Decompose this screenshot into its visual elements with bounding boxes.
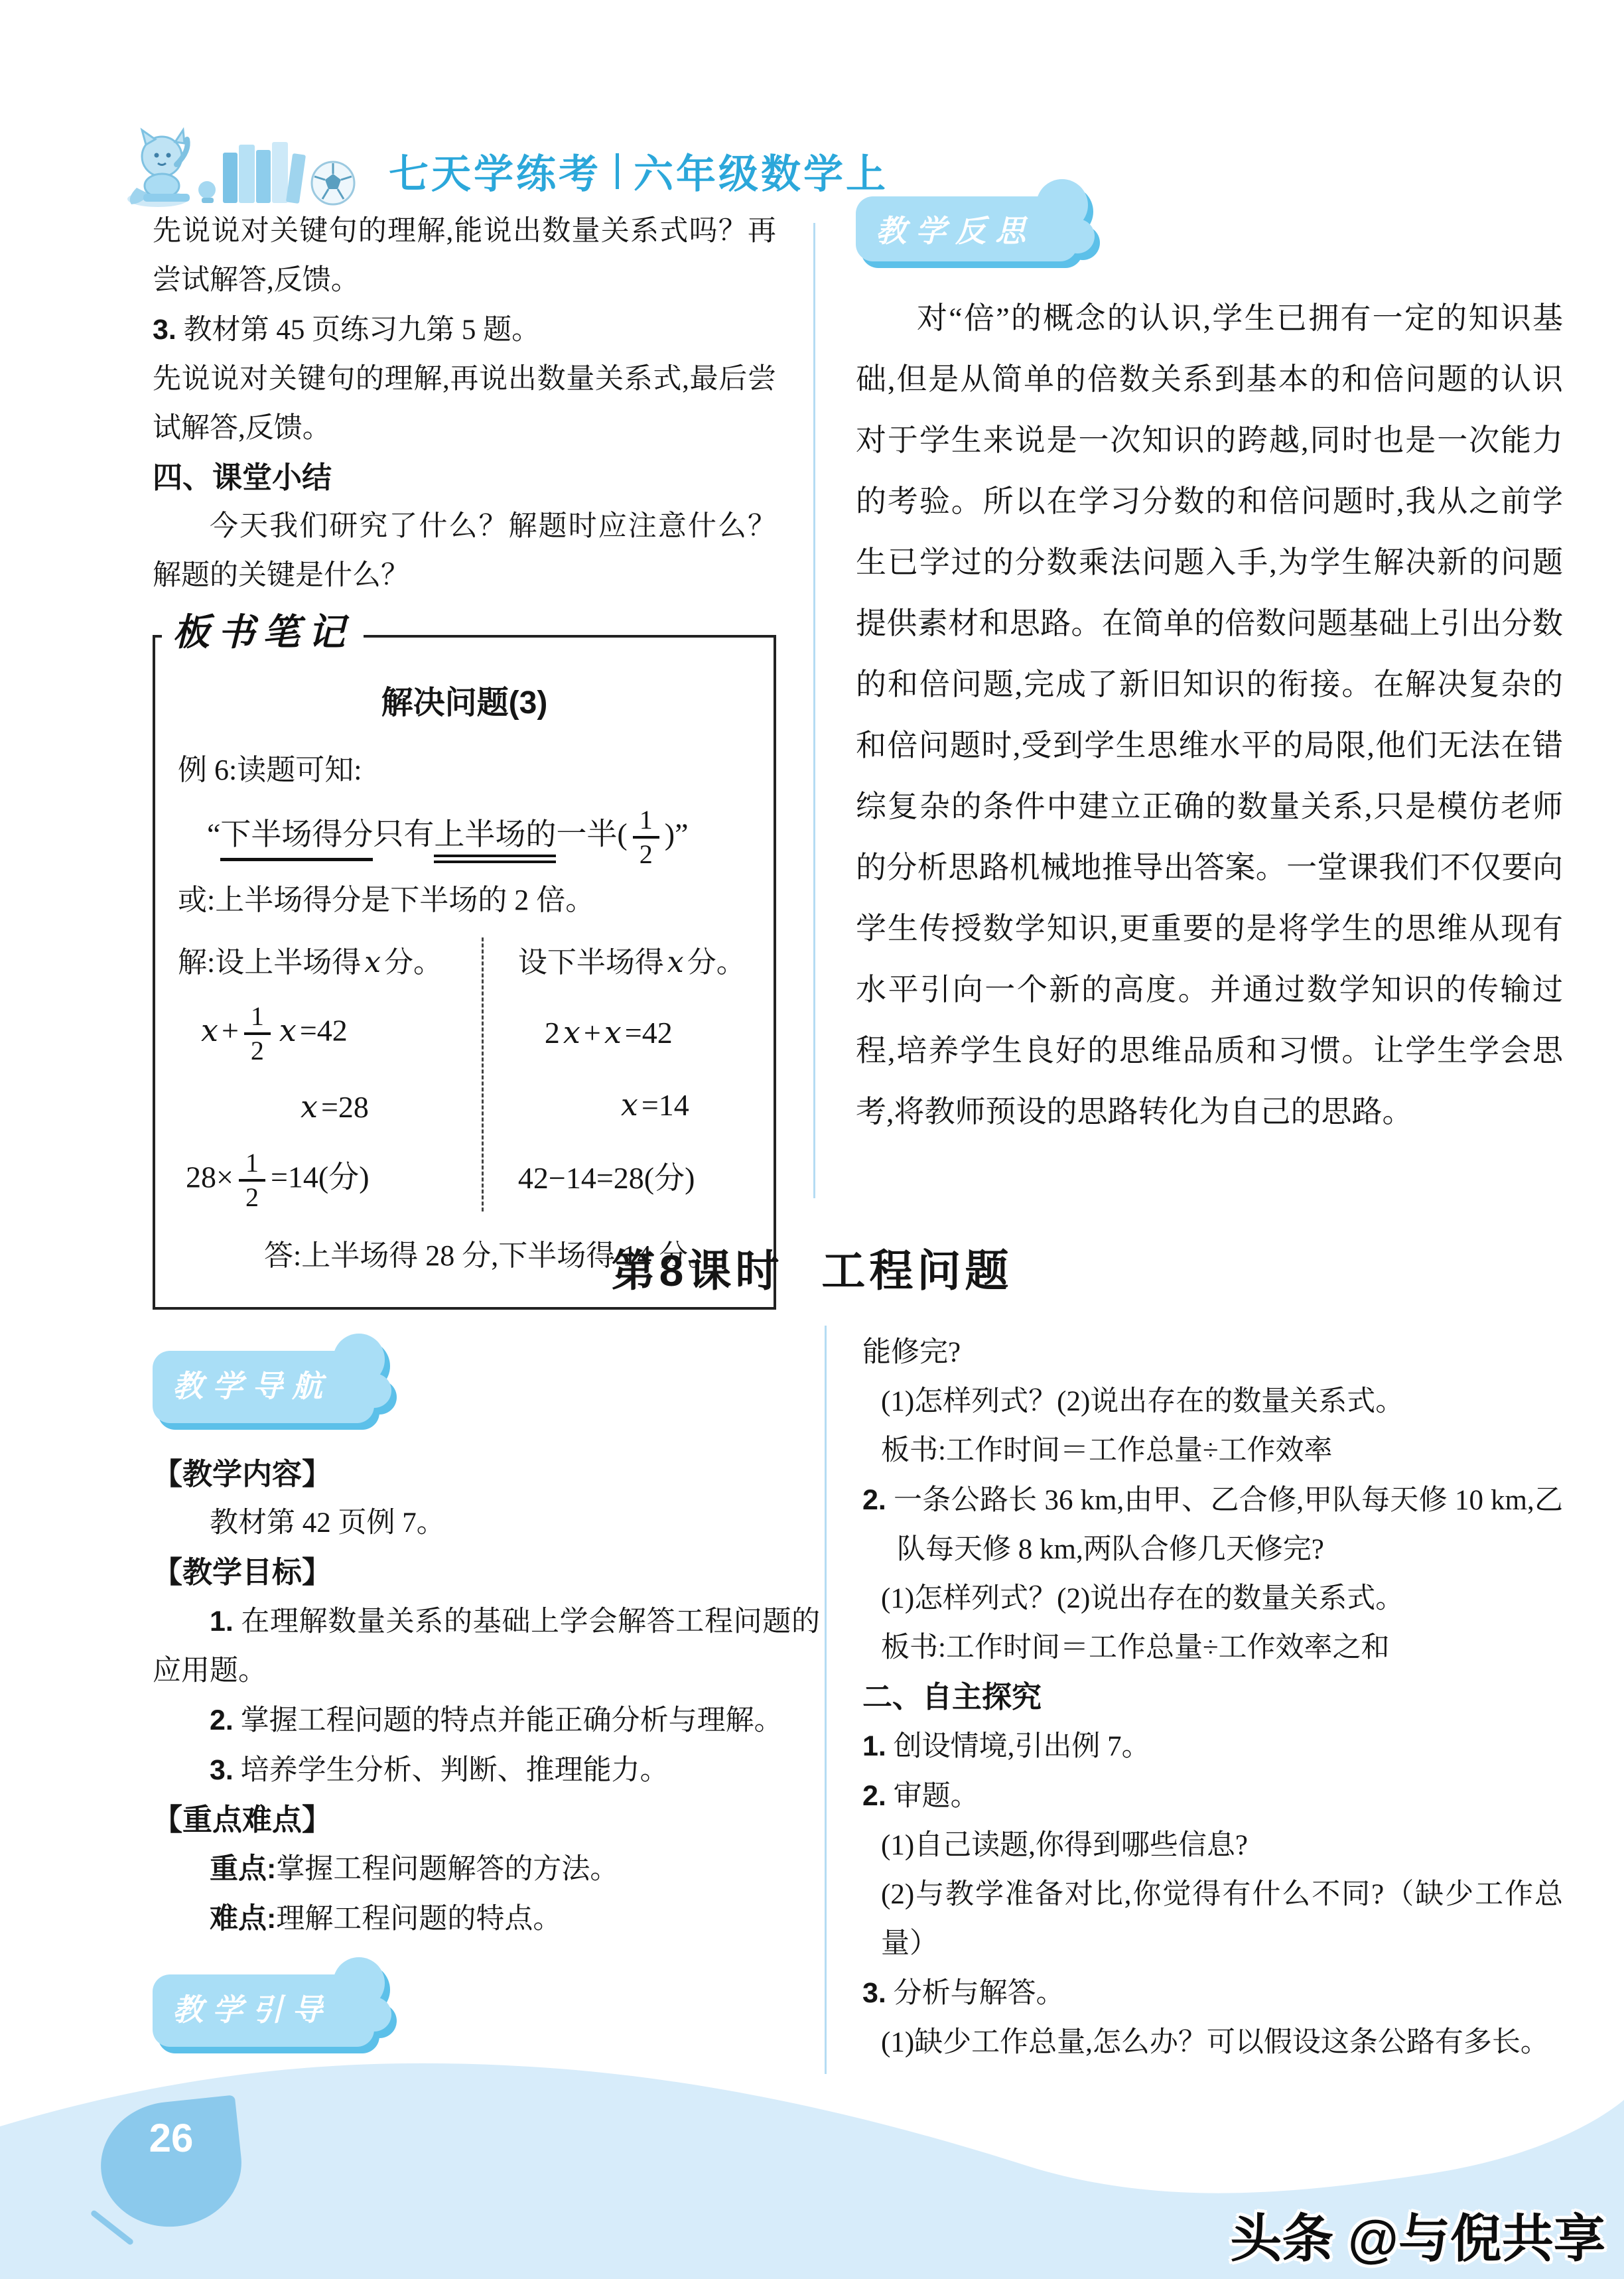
fraction-one-half: 12 (244, 1002, 271, 1065)
goal-item: 3. 培养学生分析、判断、推理能力。 (153, 1746, 820, 1795)
column-divider-top (813, 223, 815, 1198)
heading-self-explore: 二、自主探究 (862, 1673, 1563, 1722)
board-note-box: 板书笔记 解决问题(3) 例 6:读题可知: “下半场得分只有上半场的一半(12… (153, 635, 776, 1310)
explore-item: 2. 审题。 (862, 1771, 1563, 1821)
fraction-one-half: 12 (239, 1149, 265, 1211)
sub-question: (1)怎样列式？(2)说出存在的数量关系式。 (862, 1574, 1563, 1623)
explore-sub-item: (2)与教学准备对比,你觉得有什么不同?（缺少工作总量） (862, 1870, 1563, 1968)
item-number: 3. (153, 314, 176, 346)
review-question-2: 2. 一条公路长 36 km,由甲、乙合修,甲队每天修 10 km,乙队每天修 … (862, 1476, 1563, 1574)
quote-open: “ (207, 817, 220, 851)
board-note-label: 板书笔记 (162, 608, 364, 657)
heading-key-points: 【重点难点】 (153, 1795, 820, 1844)
content-text: 教材第 42 页例 7。 (153, 1499, 820, 1548)
fraction-one-half: 12 (633, 806, 659, 868)
textbook-page: 七天学练考 六年级数学上 先说说对关键句的理解,能说出数量关系式吗？再尝试解答,… (0, 0, 1624, 2279)
brand-divider (616, 153, 619, 189)
top-right-column: 教学反思 对“倍”的概念的认识,学生已拥有一定的知识基础,但是从简单的倍数关系到… (856, 196, 1563, 1173)
equation-right-3: 42−14=28(分) (518, 1154, 751, 1203)
lesson-number: 第8课时 (612, 1246, 783, 1295)
math-var-x: x (664, 945, 687, 979)
heading-goals: 【教学目标】 (153, 1548, 820, 1597)
paragraph-summary: 今天我们研究了什么？解题时应注意什么？解题的关键是什么？ (153, 502, 776, 600)
quote-underlined-2: 上半场的 (434, 817, 556, 863)
solution-right: 设下半场得x分。 2x+x=42 x=14 42−14=28(分) (482, 937, 751, 1211)
explore-sub-item: (1)自己读题,你得到哪些信息? (862, 1821, 1563, 1870)
heading-class-summary: 四、课堂小结 (153, 453, 776, 502)
goal-item: 2. 掌握工程问题的特点并能正确分析与理解。 (153, 1696, 820, 1746)
board-formula: 板书:工作时间＝工作总量÷工作效率 (862, 1426, 1563, 1476)
soccer-ball-icon (312, 162, 354, 204)
brand-name: 七天学练考 (389, 143, 601, 200)
key-point: 重点:掌握工程问题解答的方法。 (153, 1844, 820, 1894)
books-icon (223, 142, 306, 204)
mascot-icon (127, 130, 216, 207)
equation-right-2: x=14 (618, 1080, 751, 1130)
explore-item: 1. 创设情境,引出例 7。 (862, 1722, 1563, 1771)
page-number-leaf: 26 (101, 2102, 241, 2227)
equation-left-3: 28×12=14(分) (186, 1149, 470, 1211)
board-title: 解决问题(3) (178, 679, 751, 728)
top-left-column: 先说说对关键句的理解,能说出数量关系式吗？再尝试解答,反馈。 3. 教材第 45… (153, 207, 776, 1310)
solution-columns: 解:设上半场得x分。 x+12x=42 x=28 28×12=14(分) 设下半… (178, 937, 751, 1211)
setup-line-left: 解:设上半场得x分。 (178, 937, 470, 988)
page-header: 七天学练考 六年级数学上 (123, 125, 888, 218)
reflection-badge: 教学反思 (856, 196, 1077, 261)
equation-right-1: 2x+x=42 (545, 1008, 751, 1058)
equation-left-1: x+12x=42 (198, 1002, 470, 1065)
explore-item: 3. 分析与解答。 (862, 1968, 1563, 2018)
goal-item: 1. 在理解数量关系的基础上学会解答工程问题的应用题。 (153, 1597, 820, 1696)
quote-pre: 一半( (556, 817, 627, 851)
quote-line: “下半场得分只有上半场的一半(12)” (178, 806, 751, 868)
or-line: 或:上半场得分是下半场的 2 倍。 (178, 875, 751, 926)
watermark: 头条 @与倪共享 (1230, 2197, 1605, 2272)
equation-left-2: x=28 (297, 1082, 470, 1132)
example-line: 例 6:读题可知: (178, 745, 751, 795)
math-var-x: x (361, 945, 384, 979)
brand-row: 七天学练考 六年级数学上 (389, 143, 888, 200)
sub-question: (1)怎样列式？(2)说出存在的数量关系式。 (862, 1377, 1563, 1426)
mascot-books-ball-icon (123, 125, 375, 218)
bottom-right-column: 能修完? (1)怎样列式？(2)说出存在的数量关系式。 板书:工作时间＝工作总量… (862, 1328, 1563, 2067)
paragraph-review2: 先说说对关键句的理解,再说出数量关系式,最后尝试解答,反馈。 (153, 355, 776, 453)
continuation-line: 能修完? (862, 1328, 1563, 1377)
quote-underlined-1: 下半场得分 (220, 817, 373, 861)
quote-mid: 只有 (373, 817, 434, 851)
difficult-point: 难点:理解工程问题的特点。 (153, 1894, 820, 1944)
reflection-paragraph: 对“倍”的概念的认识,学生已拥有一定的知识基础,但是从简单的倍数关系到基本的和倍… (856, 288, 1563, 1142)
solution-left: 解:设上半场得x分。 x+12x=42 x=28 28×12=14(分) (178, 937, 482, 1211)
column-divider-bottom (825, 1326, 827, 2074)
page-number: 26 (101, 2115, 241, 2161)
brand-subject: 六年级数学上 (634, 143, 888, 200)
paragraph-review1: 先说说对关键句的理解,能说出数量关系式吗？再尝试解答,反馈。 (153, 207, 776, 305)
heading-content: 【教学内容】 (153, 1450, 820, 1499)
list-item-3: 3. 教材第 45 页练习九第 5 题。 (153, 305, 776, 355)
setup-line-right: 设下半场得x分。 (518, 937, 751, 988)
board-formula: 板书:工作时间＝工作总量÷工作效率之和 (862, 1623, 1563, 1673)
quote-close: )” (665, 817, 689, 851)
item-text: 教材第 45 页练习九第 5 题。 (184, 314, 541, 346)
nav-badge: 教学导航 (153, 1351, 374, 1423)
lesson-name: 工程问题 (821, 1246, 1012, 1295)
lesson-title: 第8课时工程问题 (0, 1235, 1624, 1298)
